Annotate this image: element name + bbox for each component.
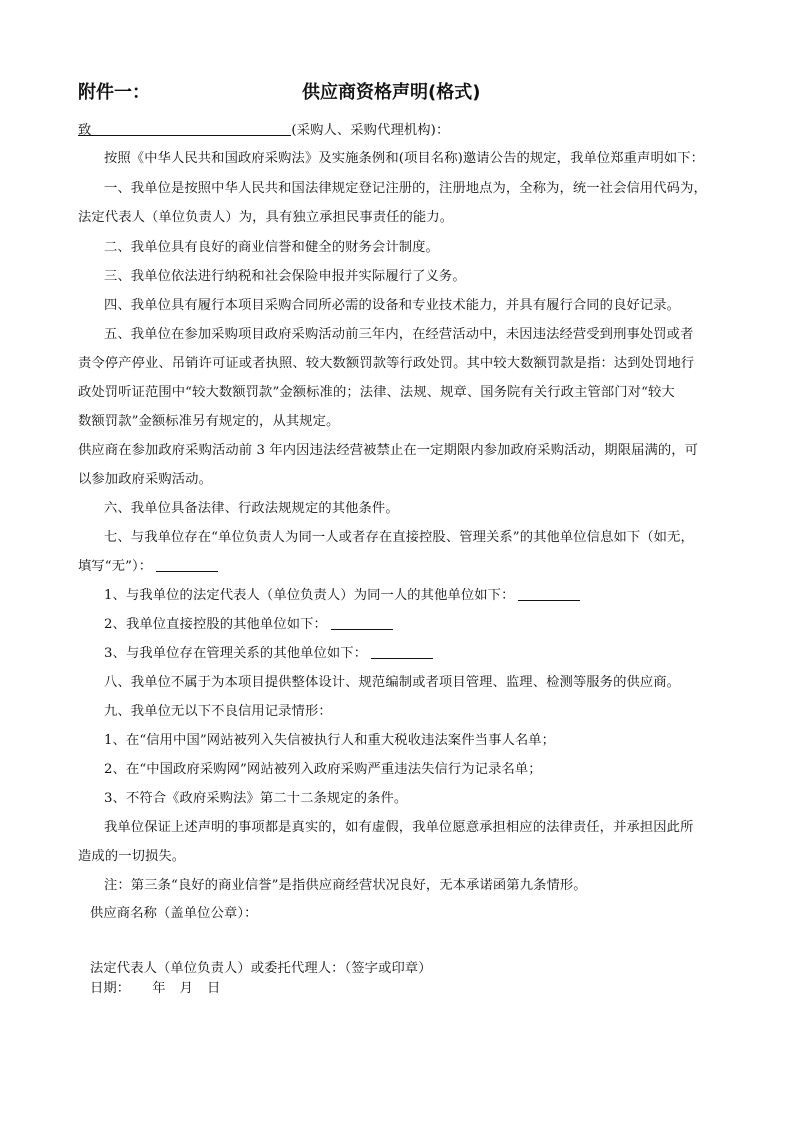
guarantee-line-2: 造成的一切损失。	[78, 848, 185, 866]
clause-6: 六、我单位具备法律、行政法规规定的其他条件。	[104, 500, 399, 518]
clause-2: 二、我单位具有良好的商业信誉和健全的财务会计制度。	[104, 239, 439, 257]
clause-7-item-3: 3、与我单位存在管理关系的其他单位如下：	[104, 645, 433, 663]
clause-1-line-1: 一、我单位是按照中华人民共和国法律规定登记注册的，注册地点为，全称为，统一社会信…	[104, 180, 707, 198]
clause-5-line-1: 五、我单位在参加采购项目政府采购活动前三年内，在经营活动中，未因违法经营受到刑事…	[104, 326, 693, 344]
clause-8: 八、我单位不属于为本项目提供整体设计、规范编制或者项目管理、监理、检测等服务的供…	[104, 674, 680, 692]
document-title: 供应商资格声明(格式)	[302, 78, 480, 104]
intro-paragraph: 按照《中华人民共和国政府采购法》及实施条例和(项目名称)邀请公告的规定，我单位郑…	[104, 150, 704, 168]
addressee-prefix: 致	[78, 123, 91, 138]
clause-5-line-3: 政处罚听证范围中“较大数额罚款”金额标准的；法律、法规、规章、国务院有关行政主管…	[78, 384, 675, 402]
supplement-line-1: 供应商在参加政府采购活动前 3 年内因违法经营被禁止在一定期限内参加政府采购活动…	[78, 442, 698, 460]
representative-label: 法定代表人（单位负责人）或委托代理人：（签字或印章）	[90, 960, 432, 978]
attachment-label: 附件一：	[78, 78, 150, 104]
guarantee-line-1: 我单位保证上述声明的事项都是真实的，如有虚假，我单位愿意承担相应的法律责任，并承…	[104, 819, 693, 837]
clause-1-line-2: 法定代表人（单位负责人）为，具有独立承担民事责任的能力。	[78, 209, 453, 227]
clause-7-item-1-text: 1、与我单位的法定代表人（单位负责人）为同一人的其他单位如下：	[104, 588, 514, 603]
document-page: 附件一： 供应商资格声明(格式) 致(采购人、采购代理机构)： 按照《中华人民共…	[0, 0, 793, 1122]
clause-9-item-1: 1、在“信用中国”网站被列入失信被执行人和重大税收违法案件当事人名单；	[104, 732, 555, 750]
clause-7-line-2-text: 填写“无”）：	[78, 559, 152, 574]
clause-7-item-1-blank[interactable]	[518, 587, 580, 601]
clause-3: 三、我单位依法进行纳税和社会保险申报并实际履行了义务。	[104, 268, 466, 286]
clause-7-item-3-text: 3、与我单位存在管理关系的其他单位如下：	[104, 646, 367, 661]
clause-7-line-1: 七、与我单位存在“单位负责人为同一人或者存在直接控股、管理关系”的其他单位信息如…	[104, 529, 694, 547]
addressee-line: 致(采购人、采购代理机构)：	[78, 121, 449, 140]
date-year: 年	[152, 981, 165, 996]
clause-7-line-2: 填写“无”）：	[78, 558, 218, 576]
clause-7-item-1: 1、与我单位的法定代表人（单位负责人）为同一人的其他单位如下：	[104, 587, 580, 605]
clause-5-line-4: 数额罚款”金额标准另有规定的，从其规定。	[78, 413, 339, 431]
date-day: 日	[207, 981, 220, 996]
date-month: 月	[180, 981, 193, 996]
clause-7-answer-blank[interactable]	[156, 558, 218, 572]
date-label: 日期：	[90, 981, 130, 996]
addressee-suffix: (采购人、采购代理机构)：	[291, 123, 449, 138]
clause-4: 四、我单位具有履行本项目采购合同所必需的设备和专业技术能力，并具有履行合同的良好…	[104, 297, 680, 315]
clause-7-item-2: 2、我单位直接控股的其他单位如下：	[104, 616, 393, 634]
clause-9-heading: 九、我单位无以下不良信用记录情形：	[104, 703, 332, 721]
clause-7-item-3-blank[interactable]	[371, 645, 433, 659]
clause-9-item-2: 2、在“中国政府采购网”网站被列入政府采购严重违法失信行为记录名单；	[104, 761, 542, 779]
clause-5-line-2: 责令停产停业、吊销许可证或者执照、较大数额罚款等行政处罚。其中较大数额罚款是指：…	[78, 355, 694, 373]
date-line: 日期：年月日	[90, 980, 220, 998]
supplement-line-2: 以参加政府采购活动。	[78, 471, 212, 489]
supplier-name-label: 供应商名称（盖单位公章）：	[90, 905, 258, 923]
clause-9-item-3: 3、不符合《政府采购法》第二十二条规定的条件。	[104, 790, 407, 808]
clause-7-item-2-blank[interactable]	[331, 616, 393, 630]
addressee-blank[interactable]	[91, 121, 291, 136]
clause-7-item-2-text: 2、我单位直接控股的其他单位如下：	[104, 617, 327, 632]
note-paragraph: 注：第三条“良好的商业信誉”是指供应商经营状况良好，无本承诺函第九条情形。	[104, 877, 587, 895]
